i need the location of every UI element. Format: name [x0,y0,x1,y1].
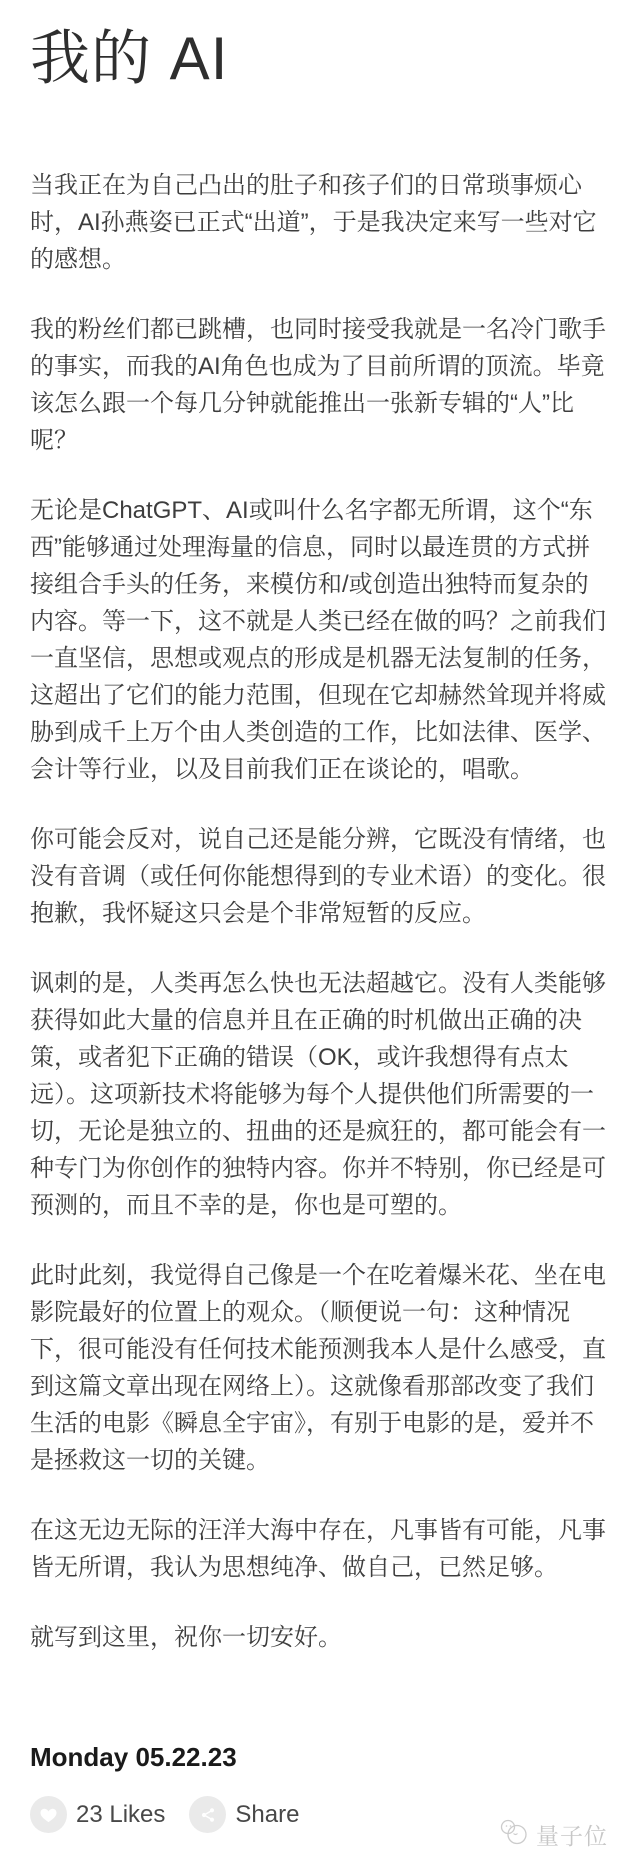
article-paragraph: 当我正在为自己凸出的肚子和孩子们的日常琐事烦心时，AI孙燕姿已正式“出道”，于是… [30,167,612,278]
article-paragraph: 就写到这里，祝你一切安好。 [30,1619,612,1656]
article-paragraph: 此时此刻，我觉得自己像是一个在吃着爆米花、坐在电影院最好的位置上的观众。（顺便说… [30,1257,612,1479]
like-count-label: 23 Likes [76,1803,165,1827]
article-paragraph: 无论是ChatGPT、AI或叫什么名字都无所谓，这个“东西”能够通过处理海量的信… [30,492,612,788]
qbitai-bubbles-icon [498,1818,531,1851]
page-title: 我的 AI [30,24,610,93]
article-paragraph: 你可能会反对，说自己还是能分辨，它既没有情绪，也没有音调（或任何你能想得到的专业… [30,821,612,932]
share-icon [189,1796,226,1833]
article-paragraph: 讽刺的是，人类再怎么快也无法超越它。没有人类能够获得如此大量的信息并且在正确的时… [30,965,612,1224]
watermark-label: 量子位 [536,1818,608,1851]
like-button[interactable]: 23 Likes [30,1796,165,1833]
heart-icon [30,1796,67,1833]
article-body: 当我正在为自己凸出的肚子和孩子们的日常琐事烦心时，AI孙燕姿已正式“出道”，于是… [30,167,612,1656]
article-page: 我的 AI 当我正在为自己凸出的肚子和孩子们的日常琐事烦心时，AI孙燕姿已正式“… [0,0,640,1833]
share-button[interactable]: Share [189,1796,299,1833]
share-label: Share [235,1803,299,1827]
watermark: 量子位 [498,1818,608,1851]
post-date: Monday 05.22.23 [30,1742,610,1772]
article-paragraph: 在这无边无际的汪洋大海中存在，凡事皆有可能，凡事皆无所谓，我认为思想纯净、做自己… [30,1512,612,1586]
article-paragraph: 我的粉丝们都已跳槽，也同时接受我就是一名冷门歌手的事实，而我的AI角色也成为了目… [30,311,612,459]
